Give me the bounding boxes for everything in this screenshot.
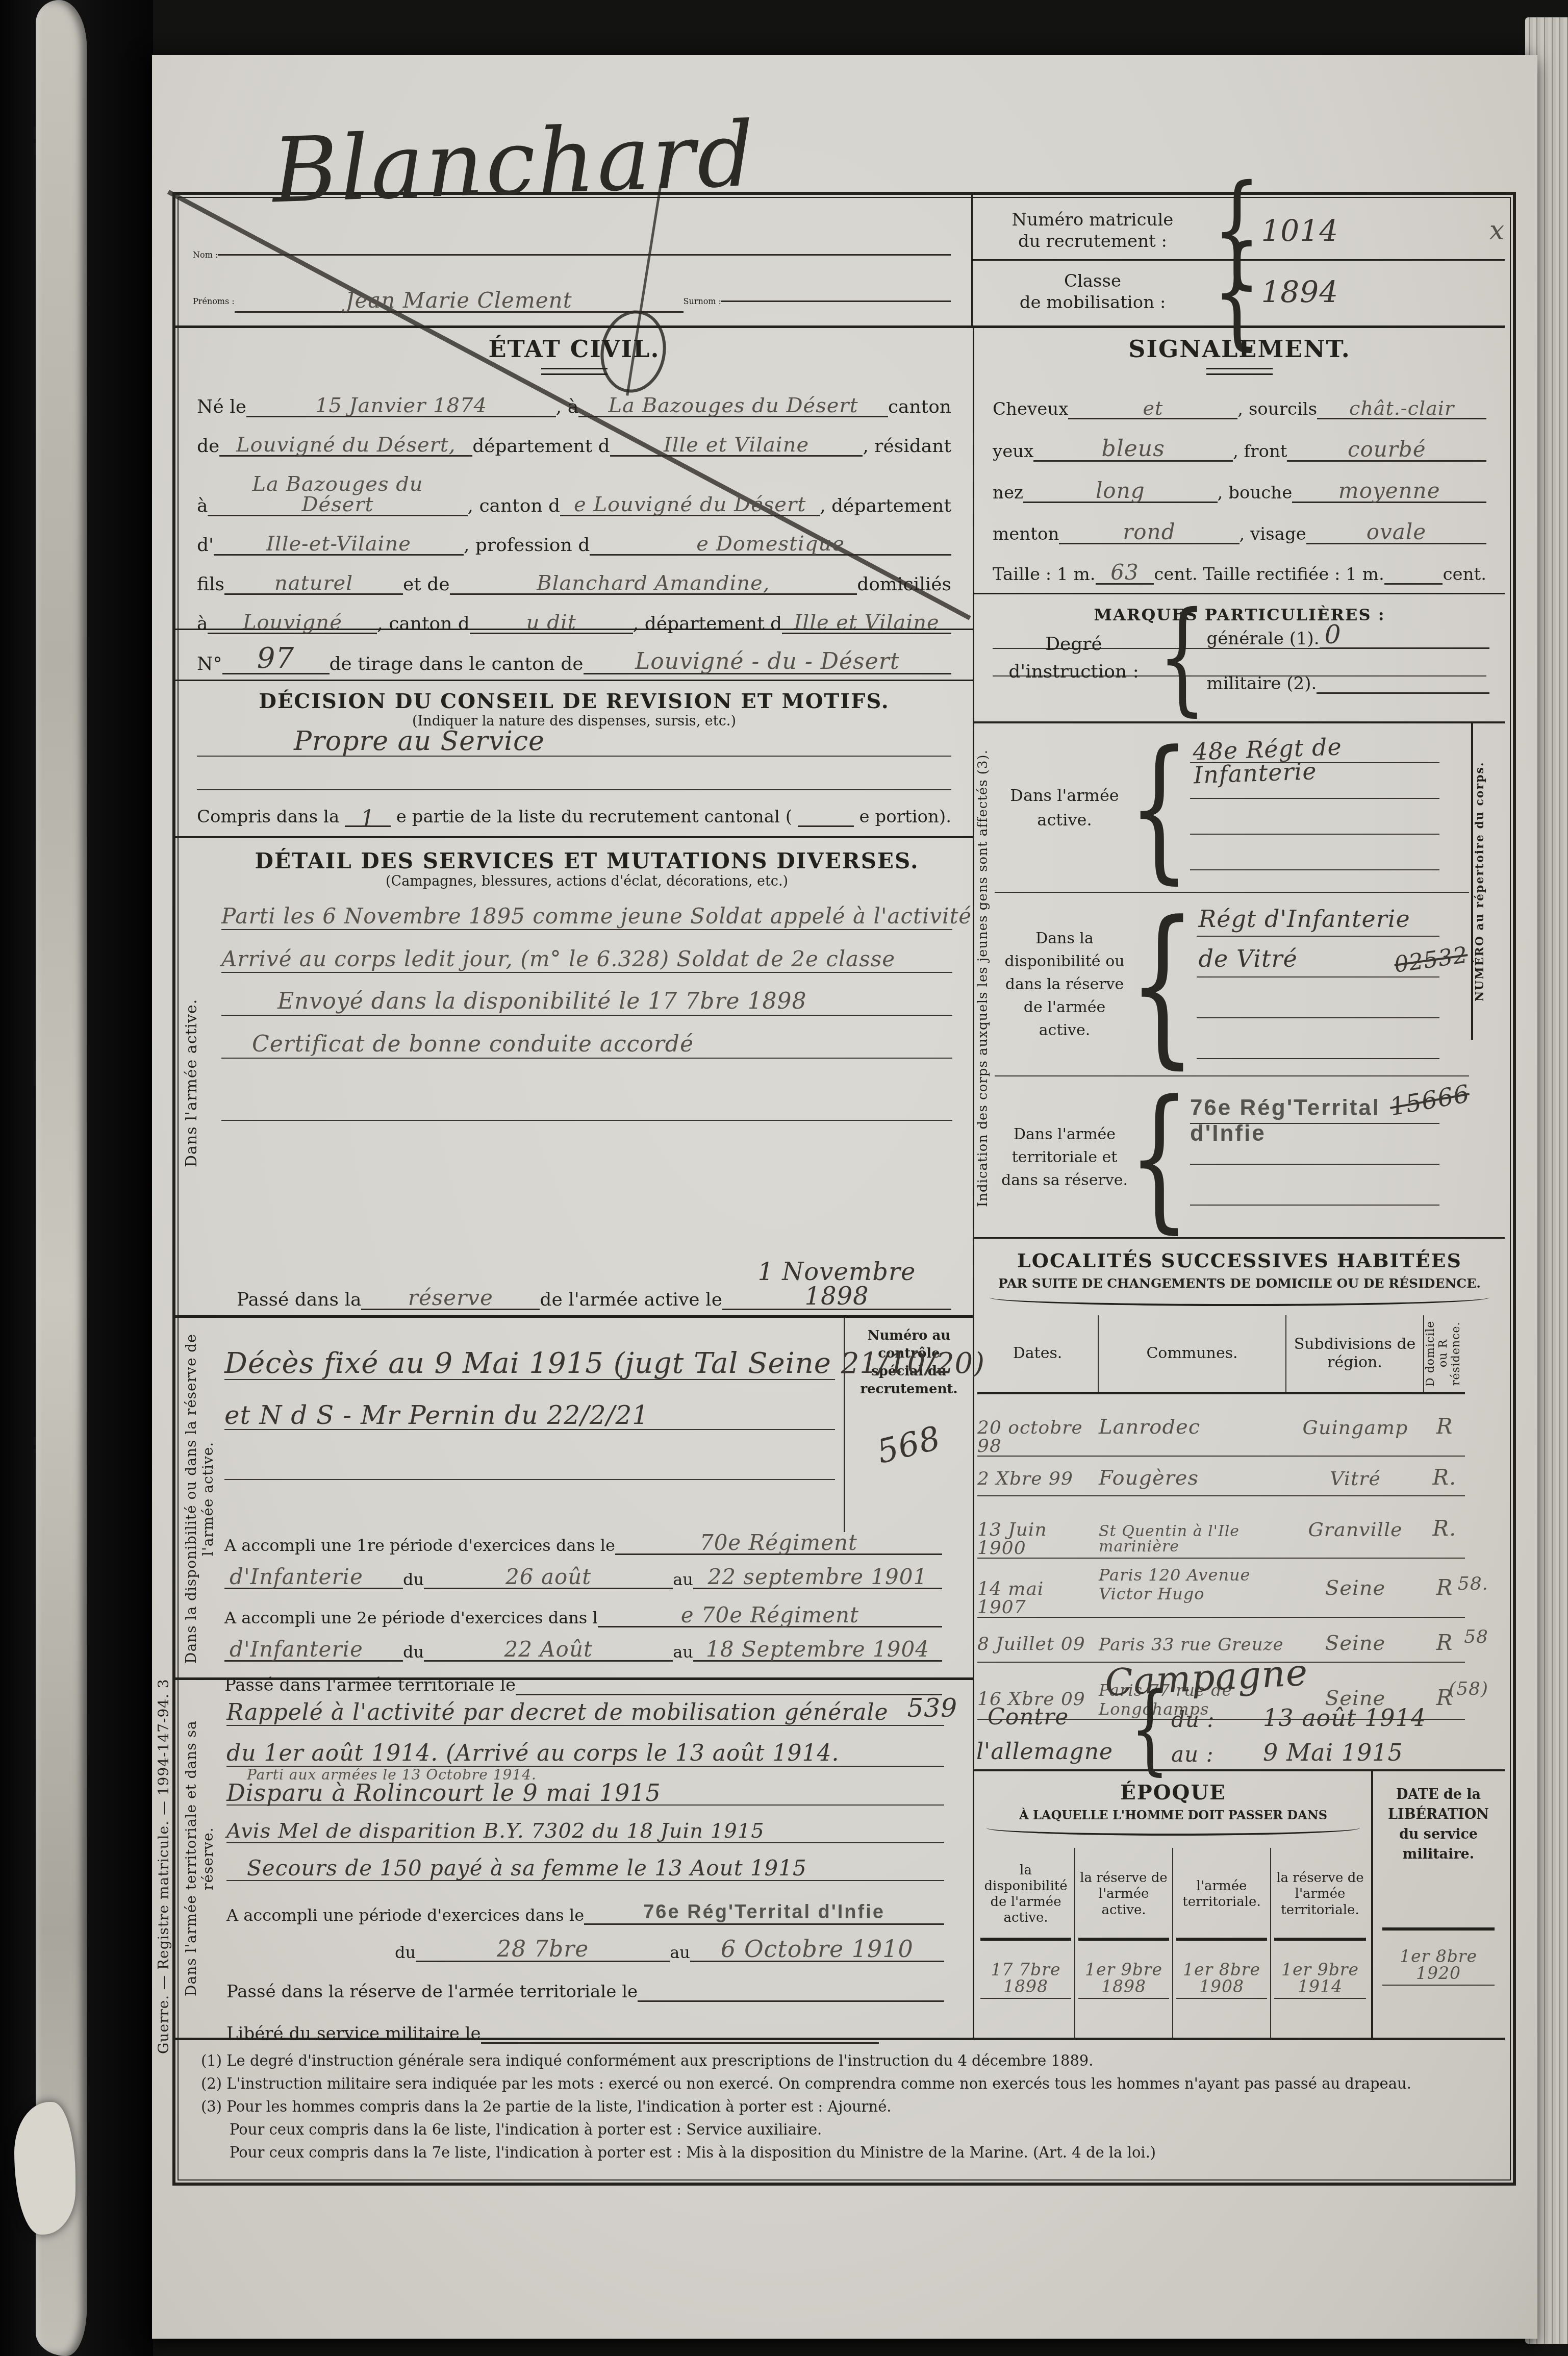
front-value: courbé [1287, 439, 1486, 462]
epoque-col-value: 1er 8bre 1908 [1176, 1961, 1267, 1999]
degre-generale-value: 0 [1320, 622, 1489, 649]
terr-au-label: au [670, 1943, 690, 1962]
profession-label: , profession d [464, 535, 590, 556]
compris-portion-slot [798, 808, 854, 827]
terr-line-1: Rappelé à l'activité par decret de mobil… [226, 1725, 944, 1726]
tirage-canton-value: Louvigné - du - Désert [584, 650, 951, 674]
corps-b1-value: 48e Régt de Infanterie [1192, 732, 1440, 787]
terr-entry-4: Avis Mel de disparition B.Y. 7302 du 18 … [226, 1821, 765, 1841]
epoque-date-value: 1er 8bre 1920 [1382, 1948, 1495, 1986]
campagne-block: Campagne Contre l'allemagne { du : 13 ao… [977, 1666, 1465, 1768]
epoque-col-label: l'armée territoriale. [1176, 1851, 1267, 1938]
birth-departement-value: Ille et Vilaine [610, 435, 863, 457]
table-row: 2 Xbre 99 Fougères Vitré R. [977, 1445, 1465, 1496]
rule [1190, 834, 1439, 835]
visage-label: , visage [1240, 524, 1306, 544]
localites-section: LOCALITÉS SUCCESSIVES HABITÉES PAR SUITE… [974, 1239, 1505, 1771]
footnote-5: Pour ceux compris dans la 7e liste, l'in… [201, 2141, 1479, 2164]
cell-date: 8 Juillet 09 [977, 1608, 1099, 1663]
decision-line-2 [197, 789, 951, 790]
rule [1197, 1058, 1439, 1059]
corps-b2-value-2: de Vitré [1199, 947, 1298, 970]
disponibilite-section: Dans la disponibilité ou dans la réserve… [175, 1318, 973, 1680]
residence-value: La Bazouges du Désert [208, 474, 467, 516]
compris-label-c: e portion). [859, 807, 951, 827]
campagne-au-value: 9 Mai 1915 [1263, 1741, 1403, 1764]
epoque-date-value-cell: 1er 8bre 1920 [1382, 1927, 1495, 1986]
table-row: 13 Juin 1900 St Quentin à l'Ile marinièr… [977, 1496, 1465, 1547]
scanned-register-page: Guerre. — Registre matricule. — 1994-147… [0, 0, 1568, 2356]
services-line-1: Parti les 6 Novembre 1895 comme jeune So… [221, 929, 952, 930]
ne-le-label: Né le [197, 396, 246, 417]
matricule-mark: x [1489, 217, 1505, 244]
localites-title: LOCALITÉS SUCCESSIVES HABITÉES [979, 1249, 1500, 1272]
col-subdivisions: Subdivisions de région. [1286, 1315, 1424, 1392]
nez-value: long [1023, 480, 1218, 503]
cell-subdiv: Seine [1286, 1608, 1424, 1663]
passe-label-b: de l'armée active le [540, 1289, 722, 1310]
header-band: Blanchard Nom : Prénoms : Jean Marie Cle… [175, 195, 1505, 328]
rule [1197, 1017, 1439, 1018]
services-entry-1: Parti les 6 Novembre 1895 comme jeune So… [221, 906, 972, 927]
services-entry-2: Arrivé au corps ledit jour, (m° le 6.328… [221, 948, 895, 970]
epoque-col: la disponibilité de l'armée active. 17 7… [977, 1848, 1075, 2038]
numero-tirage-value: 97 [222, 644, 330, 674]
epoque-col-value: 1er 9bre 1898 [1078, 1961, 1169, 1999]
departement-label: département d [472, 436, 610, 457]
terr-periode-stamp: 76e Rég'Territal d'Infie [584, 1901, 944, 1925]
deces-entry-2: et N d S - Mr Pernin du 22/2/21 [224, 1402, 649, 1428]
domicilies-label: domiciliés [857, 574, 951, 595]
footnotes: (1) Le degré d'instruction générale sera… [175, 2038, 1505, 2169]
decision-section: DÉCISION DU CONSEIL DE REVISION ET MOTIF… [175, 681, 973, 797]
residence-dep-value: Ille-et-Vilaine [214, 534, 464, 556]
degre-generale-label: générale (1). [1206, 629, 1319, 649]
residant-label: , résidant [863, 436, 951, 457]
residence-a-label: à [197, 495, 208, 516]
decision-value: Propre au Service [294, 728, 545, 755]
cell-dr: R. [1424, 1445, 1465, 1496]
terr-entry-2: du 1er août 1914. (Arrivé au corps le 13… [226, 1742, 839, 1765]
epoque-date-divider [1371, 1771, 1373, 2038]
front-label: , front [1233, 441, 1287, 462]
rule [1190, 798, 1439, 799]
classe-label: Classe de mobilisation : [973, 270, 1212, 314]
periode2-regiment: e 70e Régiment [598, 1605, 942, 1627]
terr-line-5: Secours de 150 payé à sa femme le 13 Aou… [226, 1880, 944, 1881]
corps-b2-brace: { [1128, 907, 1197, 1061]
localites-subtitle: PAR SUITE DE CHANGEMENTS DE DOMICILE OU … [979, 1276, 1500, 1291]
periode1-arme: d'Infanterie [224, 1566, 403, 1589]
mother-value: Blanchard Amandine, [450, 573, 857, 595]
table-row: 14 mai 1907 Paris 120 Avenue Victor Hugo… [977, 1547, 1465, 1608]
corps-side-label: Indication des corps auxquels les jeunes… [975, 729, 991, 1229]
numero-controle-value: 568 [843, 1414, 975, 1477]
terr-entry-1: Rappelé à l'activité par decret de mobil… [226, 1701, 889, 1724]
services-line-5 [221, 1120, 952, 1121]
periode2-label: A accompli une 2e période d'exercices da… [224, 1608, 598, 1627]
canton-label: canton [888, 396, 951, 417]
rule [1190, 1205, 1439, 1206]
deces-entry-1: Décès fixé au 9 Mai 1915 (jugt Tal Seine… [224, 1349, 985, 1378]
compris-section: Compris dans la 1 e partie de la liste d… [175, 797, 973, 838]
a-label: , à [556, 396, 578, 417]
prenoms-label: Prénoms : [193, 296, 235, 306]
cheveux-value: et [1068, 398, 1237, 419]
taille-value: 63 [1096, 562, 1154, 585]
table-row: 8 Juillet 09 Paris 33 rue Greuze Seine R… [977, 1608, 1465, 1663]
services-line-4: Certificat de bonne conduite accordé [221, 1058, 952, 1059]
periode1-du: du [403, 1570, 424, 1589]
periode1-label: A accompli une 1re période d'exercices d… [224, 1536, 615, 1555]
torn-page-edge [36, 0, 87, 2356]
father-value: naturel [224, 573, 403, 595]
col-dates: Dates. [977, 1315, 1099, 1392]
epoque-col-value: 1er 9bre 1914 [1274, 1961, 1366, 1999]
menton-label: menton [993, 524, 1059, 544]
surnom-line [721, 300, 951, 302]
passe-value-1: réserve [361, 1287, 540, 1310]
footnote-1: (1) Le degré d'instruction générale sera… [201, 2049, 1479, 2072]
epoque-col-label: la réserve de l'armée territoriale. [1274, 1851, 1366, 1938]
cell-extra: 58 [1464, 1628, 1488, 1646]
nom-label: Nom : [193, 250, 218, 260]
tirage-mid-label: de tirage dans le canton de [330, 654, 584, 674]
dep2-label: d' [197, 535, 214, 556]
residence-canton-label: , canton d [468, 495, 561, 516]
de-label: de [197, 436, 219, 457]
numero-tirage-label: N° [197, 654, 222, 674]
col-dr: D domicile ou R résidence. [1424, 1315, 1465, 1392]
residence-departement-label: , département [820, 495, 951, 516]
periode1-au: au [673, 1570, 693, 1589]
territoriale-section: Dans l'armée territoriale et dans sa rés… [175, 1680, 973, 2038]
dispo-side-label: Dans la disponibilité ou dans la réserve… [183, 1328, 216, 1670]
epoque-section: ÉPOQUE À LAQUELLE L'HOMME DOIT PASSER DA… [974, 1771, 1505, 2038]
surname-script: Blanchard [271, 110, 757, 216]
bouche-value: moyenne [1292, 480, 1486, 503]
residence-canton-value: e Louvigné du Désert [560, 494, 820, 516]
periode1-date-fin: 22 septembre 1901 [693, 1566, 942, 1589]
terr-entry-3: Disparu à Rolincourt le 9 mai 1915 [226, 1781, 661, 1804]
brace-ornament [990, 1296, 1489, 1306]
footnote-4: Pour ceux compris dans la 6e liste, l'in… [201, 2118, 1479, 2141]
corps-armee-active: Dans l'armée active. { 48e Régt de Infan… [1001, 723, 1439, 892]
terr-du-value: 28 7bre [416, 1938, 670, 1962]
epoque-title: ÉPOQUE [979, 1781, 1367, 1804]
header-matricule: Numéro matricule du recrutement : { 1014… [973, 195, 1505, 325]
etat-civil-title: ÉTAT CIVIL. [197, 335, 951, 363]
title-ornament [541, 368, 608, 375]
epoque-col: l'armée territoriale. 1er 8bre 1908 [1173, 1848, 1271, 2038]
epoque-col: la réserve de l'armée territoriale. 1er … [1271, 1848, 1369, 2038]
epoque-subtitle: À LAQUELLE L'HOMME DOIT PASSER DANS [979, 1808, 1367, 1822]
corps-territoriale: Dans l'armée territoriale et dans sa rés… [1001, 1076, 1439, 1238]
etat-civil-section: ÉTAT CIVIL. Né le 15 Janvier 1874 , à La… [175, 328, 973, 630]
corps-b1-label: Dans l'armée active. [1001, 783, 1128, 832]
corps-affectation-section: Indication des corps auxquels les jeunes… [974, 723, 1505, 1239]
services-section: Dans l'armée active. DÉTAIL DES SERVICES… [175, 838, 973, 1246]
services-subtitle: (Campagnes, blessures, actions d'éclat, … [221, 873, 952, 889]
periode2-arme: d'Infanterie [224, 1639, 403, 1662]
services-title: DÉTAIL DES SERVICES ET MUTATIONS DIVERSE… [221, 848, 952, 873]
degre-instruction-section: Degré d'instruction : { générale (1). 0 … [974, 594, 1505, 723]
corps-reserve-active: Dans la disponibilité ou dans la réserve… [1001, 893, 1439, 1075]
epoque-col-label: la disponibilité de l'armée active. [980, 1851, 1071, 1938]
sourcils-value: chât.-clair [1317, 398, 1486, 419]
cent-label: cent. [1443, 564, 1486, 585]
epoque-col-value: 17 7bre 1898 [980, 1961, 1071, 1999]
services-side-label: Dans l'armée active. [183, 859, 200, 1308]
taille-rectifiee-label: cent. Taille rectifiée : 1 m. [1154, 564, 1384, 585]
epoque-col-label: la réserve de l'armée active. [1078, 1851, 1169, 1938]
header-identity: Blanchard Nom : Prénoms : Jean Marie Cle… [175, 195, 973, 325]
dispo-line-1: Décès fixé au 9 Mai 1915 (jugt Tal Seine… [224, 1379, 835, 1380]
signalement-section: SIGNALEMENT. Cheveux et , sourcils chât.… [974, 328, 1505, 594]
decision-line-1: Propre au Service [197, 756, 951, 757]
corps-b2-numero: 02532 [1393, 944, 1470, 976]
tirage-section: N° 97 de tirage dans le canton de Louvig… [175, 630, 973, 681]
footnote-2: (2) L'instruction militaire sera indiqué… [201, 2072, 1479, 2095]
rule [1190, 869, 1439, 870]
visage-value: ovale [1306, 521, 1486, 544]
campagne-du-value: 13 août 1914 [1263, 1706, 1426, 1730]
menton-value: rond [1059, 521, 1239, 544]
birthplace-value: La Bazouges du Désert [578, 395, 888, 417]
corps-b1-brace: { [1128, 738, 1190, 878]
degre-label: Degré d'instruction : [990, 631, 1158, 686]
fils-label: fils [197, 574, 224, 595]
periode1-regiment: 70e Régiment [615, 1532, 942, 1555]
epoque-date-title: DATE de la LIBÉRATION du service militai… [1377, 1785, 1500, 1865]
terr-passe-reserve-label: Passé dans la réserve de l'armée territo… [226, 1982, 638, 2002]
torn-paper-fragment [14, 2102, 75, 2235]
corps-b3-numero: 15666 [1388, 1082, 1472, 1120]
terr-du-label: du [395, 1943, 416, 1962]
epoque-brace-ornament [987, 1826, 1360, 1836]
periode2-du: du [403, 1642, 424, 1662]
terr-line-3: Parti aux armées le 13 Octobre 1914. Dis… [226, 1804, 944, 1806]
margin-imprint: Guerre. — Registre matricule. — 1994-147… [155, 1535, 172, 2198]
cell-subdiv: Vitré [1286, 1445, 1424, 1496]
rule [1197, 936, 1439, 937]
passe-value-2: 1 Novembre 1898 [722, 1260, 951, 1310]
degre-brace: { [1158, 603, 1206, 713]
nez-label: nez [993, 483, 1023, 503]
register-sheet: Guerre. — Registre matricule. — 1994-147… [152, 55, 1537, 2339]
yeux-label: yeux [993, 441, 1033, 462]
cell-dr: R [1424, 1608, 1465, 1663]
profession-value: e Domestique [590, 534, 951, 556]
bouche-label: , bouche [1218, 483, 1293, 503]
campagne-brace: { [1130, 1686, 1169, 1774]
degre-militaire-line [1317, 692, 1489, 694]
birth-canton-value: Louvigné du Désert, [219, 435, 472, 457]
cheveux-label: Cheveux [993, 399, 1068, 419]
epoque-col: la réserve de l'armée active. 1er 9bre 1… [1075, 1848, 1173, 2038]
cell-commune: Fougères [1099, 1445, 1286, 1496]
terr-periode-label: A accompli une période d'exercices dans … [226, 1906, 584, 1925]
taille-rectifiee-line [1384, 583, 1443, 585]
corps-b3-brace: { [1128, 1087, 1190, 1227]
sourcils-label: , sourcils [1237, 399, 1317, 419]
periode2-au: au [673, 1642, 693, 1662]
cell-extra: 58. [1458, 1575, 1488, 1593]
epoque-columns: la disponibilité de l'armée active. 17 7… [977, 1848, 1369, 2038]
corps-b2-label: Dans la disponibilité ou dans la réserve… [1001, 927, 1128, 1042]
cell-date: 2 Xbre 99 [977, 1445, 1099, 1496]
services-entry-4: Certificat de bonne conduite accordé [252, 1033, 694, 1056]
dispo-line-2: et N d S - Mr Pernin du 22/2/21 [224, 1429, 835, 1430]
localites-header-row: Dates. Communes. Subdivisions de région.… [977, 1315, 1465, 1392]
dispo-line-3 [224, 1479, 835, 1480]
passe-label-a: Passé dans la [237, 1289, 361, 1310]
services-line-3: Envoyé dans la disponibilité le 17 7bre … [221, 1015, 952, 1016]
numero-repertoire-strip: NUMÉRO au répertoire du corps. [1471, 723, 1505, 1040]
compris-value-slot: 1 [345, 808, 391, 827]
rule [1190, 1164, 1439, 1165]
et-de-label: et de [403, 574, 450, 595]
terr-entry-5: Secours de 150 payé à sa femme le 13 Aou… [247, 1858, 807, 1879]
campagne-au-label: au : [1171, 1744, 1214, 1765]
corps-b3-label: Dans l'armée territoriale et dans sa rés… [1001, 1123, 1128, 1192]
terr-passe-reserve-line [638, 2000, 944, 2002]
campagne-left-2: l'allemagne [976, 1741, 1113, 1763]
periode1-date-debut: 26 août [424, 1566, 673, 1589]
footnote-3: (3) Pour les hommes compris dans la 2e p… [201, 2095, 1479, 2118]
terr-line-4: Avis Mel de disparition B.Y. 7302 du 18 … [226, 1842, 944, 1843]
printed-frame: Blanchard Nom : Prénoms : Jean Marie Cle… [172, 192, 1516, 2186]
services-entry-3: Envoyé dans la disponibilité le 17 7bre … [277, 990, 807, 1013]
degre-militaire-label: militaire (2). [1206, 673, 1317, 694]
compris-label-b: e partie de la liste du recrutement cant… [396, 807, 792, 827]
birthdate-value: 15 Janvier 1874 [246, 395, 556, 417]
campagne-left-1: Contre [988, 1706, 1069, 1728]
territoriale-side-label: Dans l'armée territoriale et dans sa rés… [183, 1690, 216, 2027]
periode2-date-fin: 18 Septembre 1904 [693, 1639, 942, 1662]
taille-label: Taille : 1 m. [993, 564, 1096, 585]
surnom-label: Surnom : [684, 296, 722, 306]
title-ornament [1206, 368, 1273, 375]
services-line-2: Arrivé au corps ledit jour, (m° le 6.328… [221, 972, 952, 973]
terr-au-value: 6 Octobre 1910 [690, 1937, 944, 1962]
passe-reserve-section: Passé dans la réserve de l'armée active … [175, 1246, 973, 1318]
decision-title: DÉCISION DU CONSEIL DE REVISION ET MOTIF… [197, 689, 951, 713]
compris-label-a: Compris dans la [197, 807, 339, 827]
signalement-title: SIGNALEMENT. [993, 335, 1486, 363]
prenoms-value: Jean Marie Clement [235, 290, 684, 313]
matricule-label: Numéro matricule du recrutement : [973, 209, 1212, 253]
periode2-date-debut: 22 Août [424, 1639, 673, 1662]
classe-value: 1894 [1261, 277, 1505, 307]
table-row: 20 octobre 98 Lanrodec Guingamp R [977, 1394, 1465, 1445]
matricule-value: 1014 [1261, 216, 1453, 245]
campagne-du-label: du : [1171, 1709, 1215, 1731]
nom-line [218, 254, 951, 256]
col-communes: Communes. [1099, 1315, 1286, 1392]
corps-b2-value-1: Régt d'Infanterie [1199, 907, 1410, 931]
yeux-value: bleus [1033, 438, 1233, 462]
